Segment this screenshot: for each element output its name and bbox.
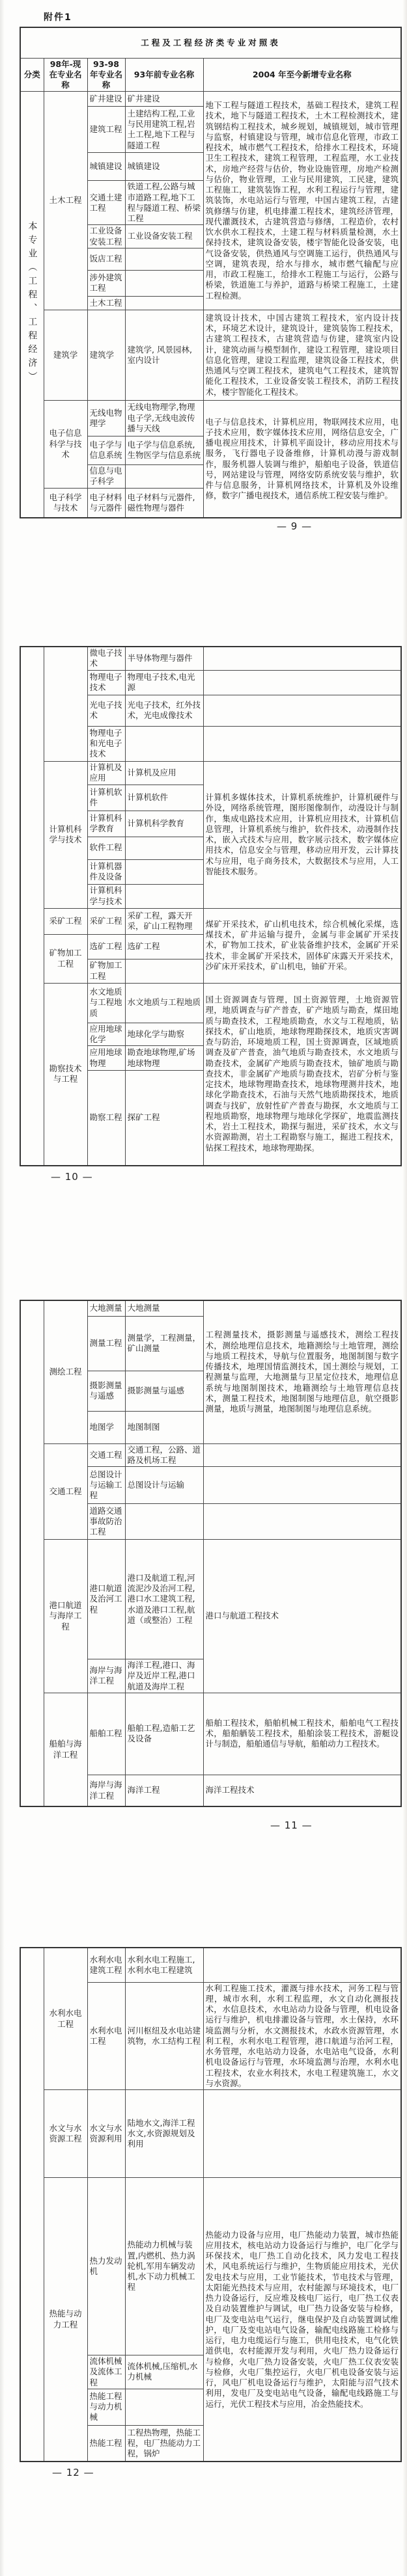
major-93-98-cell: 涉外建筑工程 bbox=[87, 270, 125, 296]
major-pre93-cell: 建筑学, 风景园林, 室内设计 bbox=[125, 310, 203, 400]
major-pre93-cell: 地球化学与勘察 bbox=[125, 1023, 203, 1046]
major-pre93-cell bbox=[125, 270, 203, 296]
major-pre93-cell: 交通工程，公路、道路及机场工程 bbox=[125, 1443, 203, 1467]
major-pre93-cell: 城镇建设 bbox=[125, 153, 203, 181]
major-93-98-cell: 选矿工程 bbox=[87, 934, 125, 959]
major-93-98-cell: 应用地球物理 bbox=[87, 1046, 125, 1071]
major-group-98-now-cell bbox=[44, 647, 87, 761]
major-93-98-cell: 水文与水资源利用 bbox=[87, 2090, 125, 2178]
major-93-98-cell: 光电子技术 bbox=[87, 695, 125, 726]
new-majors-2004-cell bbox=[203, 695, 401, 726]
header-2004: 2004 年至今新增专业名称 bbox=[203, 58, 401, 92]
major-93-98-cell: 建筑学 bbox=[87, 310, 125, 400]
major-93-98-cell: 软件工程 bbox=[87, 837, 125, 859]
major-93-98-cell: 船舶工程 bbox=[87, 1693, 125, 1775]
new-majors-2004-cell bbox=[203, 2090, 401, 2178]
category-cell bbox=[20, 1300, 44, 1806]
new-majors-2004-cell: 船舶工程技术，船舶机械工程技术，船舶电气工程技术，船舶舾装工程技术，船舶涂装工程… bbox=[203, 1693, 401, 1775]
comparison-table-page-1: 工程及工程经济类专业对照表分类98年-现在专业名称93-98年专业名称93年前专… bbox=[20, 27, 402, 518]
new-majors-2004-cell bbox=[203, 670, 401, 695]
major-group-98-now-cell: 建筑学 bbox=[44, 310, 87, 400]
major-93-98-cell: 土木工程 bbox=[87, 296, 125, 310]
major-93-98-cell: 计算机器件及设备 bbox=[87, 859, 125, 884]
major-93-98-cell: 测量工程 bbox=[87, 1316, 125, 1371]
major-pre93-cell: 河川枢纽及水电站建筑物，水工结构工程 bbox=[125, 1982, 203, 2090]
scanned-document-canvas: 附件1 工程及工程经济类专业对照表分类98年-现在专业名称93-98年专业名称9… bbox=[0, 0, 407, 2576]
major-93-98-cell: 流体机械及流体工程 bbox=[87, 2355, 125, 2389]
major-pre93-cell: 矿井建设 bbox=[125, 92, 203, 107]
major-pre93-cell bbox=[125, 1504, 203, 1540]
major-group-98-now-cell: 电子信息科学与技术 bbox=[44, 400, 87, 488]
major-pre93-cell: 计算机科学教育 bbox=[125, 811, 203, 837]
major-93-98-cell: 大地测量 bbox=[87, 1300, 125, 1316]
major-93-98-cell: 热能工程 bbox=[87, 2425, 125, 2462]
major-93-98-cell: 电子材料与元器件 bbox=[87, 488, 125, 518]
major-group-98-now-cell: 船舶与海洋工程 bbox=[44, 1693, 87, 1806]
major-pre93-cell: 工程热物理，热能工程，电厂热能动力工程，锅炉 bbox=[125, 2425, 203, 2462]
major-group-98-now-cell: 矿物加工工程 bbox=[44, 934, 87, 983]
major-pre93-cell: 土建结构工程,工业与民用建筑工程,岩土工程,地下工程与隧道工程 bbox=[125, 107, 203, 153]
major-93-98-cell: 计算机及应用 bbox=[87, 761, 125, 785]
major-93-98-cell: 道路交通事故防治工程 bbox=[87, 1504, 125, 1540]
major-pre93-cell bbox=[125, 2389, 203, 2425]
major-93-98-cell: 应用地球化学 bbox=[87, 1023, 125, 1046]
major-93-98-cell: 海岸与海洋工程 bbox=[87, 1775, 125, 1806]
major-pre93-cell: 水利水电工程施工,水利水电工程建筑 bbox=[125, 1948, 203, 1982]
major-group-98-now-cell: 土木工程 bbox=[44, 92, 87, 310]
comparison-table-page-3: 测绘工程大地测量大地测量工程测量技术，摄影测量与遥感技术，测绘工程技术，测绘地理… bbox=[20, 1300, 402, 1807]
header-93-98: 93-98年专业名称 bbox=[87, 58, 125, 92]
major-group-98-now-cell: 计算机科学与技术 bbox=[44, 761, 87, 908]
major-93-98-cell: 信息与电子科学 bbox=[87, 464, 125, 488]
header-pre-93: 93年前专业名称 bbox=[125, 58, 203, 92]
major-group-98-now-cell: 水利水电工程 bbox=[44, 1948, 87, 2090]
new-majors-2004-cell: 港口与航道工程技术 bbox=[203, 1540, 401, 1693]
page-number: — 10 — bbox=[51, 1171, 93, 1183]
major-pre93-cell bbox=[125, 248, 203, 270]
new-majors-2004-cell: 热能动力设备与应用，电厂热能动力装置，城市热能应用技术，核电站动力设备运行与维护… bbox=[203, 2178, 401, 2462]
major-pre93-cell: 勘查地球物理,矿场地球物理 bbox=[125, 1046, 203, 1071]
major-pre93-cell: 大地测量 bbox=[125, 1300, 203, 1316]
new-majors-2004-cell bbox=[203, 726, 401, 761]
major-93-98-cell: 物理电子技术 bbox=[87, 670, 125, 695]
new-majors-2004-cell bbox=[203, 1467, 401, 1504]
major-group-98-now-cell: 测绘工程 bbox=[44, 1300, 87, 1443]
new-majors-2004-cell: 海洋工程技术 bbox=[203, 1775, 401, 1806]
new-majors-2004-cell: 电子与信息技术，计算机应用，物联网技术应用，电子技术应用，数字媒体技术应用，网络… bbox=[203, 400, 401, 518]
major-pre93-cell: 选矿工程 bbox=[125, 934, 203, 959]
major-pre93-cell bbox=[125, 884, 203, 908]
major-93-98-cell: 计算机科学教育 bbox=[87, 811, 125, 837]
major-93-98-cell: 采矿工程 bbox=[87, 908, 125, 934]
major-pre93-cell: 物理电子技术,电光源 bbox=[125, 670, 203, 695]
scan-edge-right bbox=[402, 0, 407, 2576]
major-93-98-cell: 矿物加工工程 bbox=[87, 959, 125, 983]
major-pre93-cell bbox=[125, 959, 203, 983]
major-93-98-cell: 水文地质与工程地质 bbox=[87, 983, 125, 1023]
major-pre93-cell: 海洋工程,港口、海岸及近岸工程,港口航道及海岸工程 bbox=[125, 1659, 203, 1693]
major-pre93-cell: 计算机及应用 bbox=[125, 761, 203, 785]
category-vertical-label: 本专业（工程、工程经济） bbox=[26, 221, 38, 385]
new-majors-2004-cell: 地下工程与隧道工程技术，基础工程技术，建筑工程技术，地下与隧道工程技术，土木工程… bbox=[203, 92, 401, 310]
major-pre93-cell bbox=[125, 859, 203, 884]
major-group-98-now-cell: 电子科学与技术 bbox=[44, 488, 87, 518]
major-93-98-cell: 城镇建设 bbox=[87, 153, 125, 181]
page-number: — 9 — bbox=[277, 520, 312, 532]
major-pre93-cell: 摄影测量与遥感 bbox=[125, 1371, 203, 1411]
new-majors-2004-cell bbox=[203, 1504, 401, 1540]
major-pre93-cell: 无线电物理学,物理电子学,无线电波传播与天线 bbox=[125, 400, 203, 436]
table-title: 工程及工程经济类专业对照表 bbox=[20, 27, 401, 58]
major-pre93-cell: 采矿工程，露天开采，矿山工程物理 bbox=[125, 908, 203, 934]
new-majors-2004-cell: 工程测量技术，摄影测量与遥感技术，测绘工程技术，测绘地理信息技术，地籍测绘与土地… bbox=[203, 1300, 401, 1443]
major-pre93-cell: 海洋工程 bbox=[125, 1775, 203, 1806]
category-cell: 本专业（工程、工程经济） bbox=[20, 92, 44, 518]
major-pre93-cell: 铁道工程,公路与城市道路工程,地下工程与隧道工程、桥梁工程 bbox=[125, 181, 203, 225]
major-pre93-cell: 流体机械,压缩机,水力机械 bbox=[125, 2355, 203, 2389]
header-category: 分类 bbox=[20, 58, 44, 92]
major-93-98-cell: 海岸与海洋工程 bbox=[87, 1659, 125, 1693]
major-pre93-cell: 陆地水文,海洋工程水文,水资源规划及利用 bbox=[125, 2090, 203, 2178]
new-majors-2004-cell bbox=[203, 647, 401, 670]
major-pre93-cell: 总图设计与运输 bbox=[125, 1467, 203, 1504]
major-93-98-cell: 勘察工程 bbox=[87, 1071, 125, 1166]
major-pre93-cell: 水文地质与工程地质 bbox=[125, 983, 203, 1023]
major-pre93-cell bbox=[125, 837, 203, 859]
major-pre93-cell bbox=[125, 726, 203, 761]
new-majors-2004-cell: 水利工程施工技术，灌溉与排水技术，河务工程与管理，城市水利，水利工程监理，水文自… bbox=[203, 1982, 401, 2090]
major-93-98-cell: 计算机软件 bbox=[87, 785, 125, 811]
major-93-98-cell: 饭店工程 bbox=[87, 248, 125, 270]
major-pre93-cell: 光电子技术，红外技术，光电成像技术 bbox=[125, 695, 203, 726]
category-cell bbox=[20, 1948, 44, 2462]
header-98-now: 98年-现在专业名称 bbox=[44, 58, 87, 92]
major-93-98-cell: 水利水电工程 bbox=[87, 1982, 125, 2090]
major-pre93-cell: 半导体物理与器件 bbox=[125, 647, 203, 670]
new-majors-2004-cell: 国土资源调查与管理，国土资源管理，土地资源管理，地质调查与矿产普查，矿产地质与勘… bbox=[203, 983, 401, 1166]
new-majors-2004-cell: 建筑设计技术，中国古建筑工程技术，室内设计技术，环境艺术设计，建筑设计，建筑装饰… bbox=[203, 310, 401, 400]
major-pre93-cell: 电子材料与元器件,磁性物理与器件 bbox=[125, 488, 203, 518]
major-pre93-cell: 探矿工程 bbox=[125, 1071, 203, 1166]
major-93-98-cell: 电子学与信息系统 bbox=[87, 436, 125, 464]
major-93-98-cell: 交通土建工程 bbox=[87, 181, 125, 225]
major-pre93-cell: 船舶工程,造船工艺及设备 bbox=[125, 1693, 203, 1775]
attachment-label: 附件1 bbox=[44, 10, 72, 23]
major-pre93-cell: 工业设备安装工程 bbox=[125, 225, 203, 248]
new-majors-2004-cell bbox=[203, 1948, 401, 1982]
major-93-98-cell: 地图学 bbox=[87, 1411, 125, 1443]
new-majors-2004-cell: 计算机多媒体技术，计算机系统维护，计算机硬件与外设，网络系统管理，图形图像制作，… bbox=[203, 761, 401, 908]
major-group-98-now-cell: 港口航道与海岸工程 bbox=[44, 1540, 87, 1693]
major-93-98-cell: 建筑工程 bbox=[87, 107, 125, 153]
major-pre93-cell: 计算机软件 bbox=[125, 785, 203, 811]
major-93-98-cell: 热能工程与动力机械 bbox=[87, 2389, 125, 2425]
major-pre93-cell: 热能动力机械与装置,内燃机、热力涡轮机,军用车辆发动机,水下动力机械工程 bbox=[125, 2178, 203, 2355]
major-93-98-cell: 水利水电建筑工程 bbox=[87, 1948, 125, 1982]
major-group-98-now-cell: 采矿工程 bbox=[44, 908, 87, 934]
new-majors-2004-cell bbox=[203, 1443, 401, 1467]
page-number: — 11 — bbox=[270, 1819, 313, 1831]
major-group-98-now-cell: 交通工程 bbox=[44, 1443, 87, 1540]
comparison-table-page-2: 微电子技术半导体物理与器件物理电子技术物理电子技术,电光源光电子技术光电子技术，… bbox=[20, 646, 402, 1166]
major-pre93-cell bbox=[125, 296, 203, 310]
major-93-98-cell: 总图设计与运输工程 bbox=[87, 1467, 125, 1504]
major-93-98-cell: 热力发动机 bbox=[87, 2178, 125, 2355]
major-93-98-cell: 计算机科学与技术 bbox=[87, 884, 125, 908]
major-pre93-cell bbox=[125, 464, 203, 488]
major-pre93-cell: 电子学与信息系统,生物医学与信息系统 bbox=[125, 436, 203, 464]
major-93-98-cell: 港口航道及治河工程 bbox=[87, 1540, 125, 1659]
major-93-98-cell: 摄影测量与遥感 bbox=[87, 1371, 125, 1411]
major-93-98-cell: 物理电子和光电子技术 bbox=[87, 726, 125, 761]
major-93-98-cell: 交通工程 bbox=[87, 1443, 125, 1467]
major-group-98-now-cell: 水文与水资源工程 bbox=[44, 2090, 87, 2178]
new-majors-2004-cell: 煤矿开采技术，矿山机电技术，综合机械化采煤，选煤技术，矿井运输与提升，金属与非金… bbox=[203, 908, 401, 983]
major-93-98-cell: 矿井建设 bbox=[87, 92, 125, 107]
major-93-98-cell: 微电子技术 bbox=[87, 647, 125, 670]
major-group-98-now-cell: 勘察技术与工程 bbox=[44, 983, 87, 1166]
category-cell bbox=[20, 647, 44, 1166]
page-number: — 12 — bbox=[52, 2467, 94, 2478]
major-pre93-cell: 地图制图 bbox=[125, 1411, 203, 1443]
major-group-98-now-cell: 热能与动力工程 bbox=[44, 2178, 87, 2462]
major-pre93-cell: 测量学，工程测量，矿山测量 bbox=[125, 1316, 203, 1371]
major-pre93-cell: 港口及航道工程,河流泥沙及治河工程,港口水工建筑工程,水道及港口工程,航道（或整… bbox=[125, 1540, 203, 1659]
comparison-table-page-4: 水利水电工程水利水电建筑工程水利水电工程施工,水利水电工程建筑水利水电工程河川枢… bbox=[20, 1947, 402, 2462]
major-93-98-cell: 工业设备安装工程 bbox=[87, 225, 125, 248]
major-93-98-cell: 无线电物理学 bbox=[87, 400, 125, 436]
scan-edge-left bbox=[0, 0, 5, 2576]
